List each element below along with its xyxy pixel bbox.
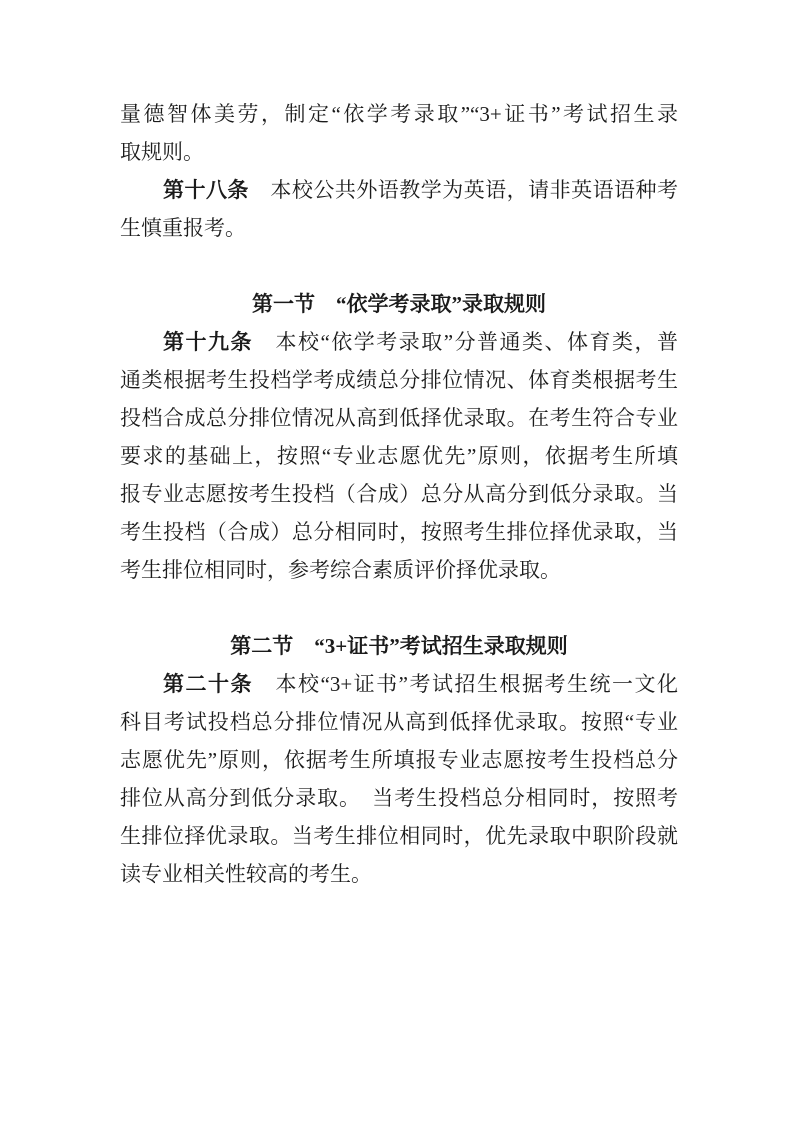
text-line: 考生投档（合成）总分相同时，按照考生排位择优录取，当 (120, 513, 678, 551)
text-line: 通类根据考生投档学考成绩总分排位情况、体育类根据考生 (120, 361, 678, 399)
text-line: 排位从高分到低分录取。 当考生投档总分相同时，按照考 (120, 779, 678, 817)
para-article-19: 第十九条 本校“依学考录取”分普通类、体育类，普通类根据考生投档学考成绩总分排位… (120, 323, 678, 589)
text-line: 读专业相关性较高的考生。 (120, 855, 678, 893)
article-number: 第十八条 (163, 178, 249, 202)
para-continuation: 量德智体美劳，制定“依学考录取”“3+证书”考试招生录取规则。 (120, 95, 678, 171)
text-line: 报专业志愿按考生投档（合成）总分从高分到低分录取。当 (120, 475, 678, 513)
article-number: 第二十条 (163, 672, 253, 696)
text-line: 生慎重报考。 (120, 209, 678, 247)
article-number: 第十九条 (163, 330, 253, 354)
text-line: 第十九条 本校“依学考录取”分普通类、体育类，普 (120, 323, 678, 361)
para-article-18: 第十八条 本校公共外语教学为英语，请非英语语种考生慎重报考。 (120, 171, 678, 247)
text-line: 量德智体美劳，制定“依学考录取”“3+证书”考试招生录 (120, 95, 678, 133)
text-line: 生排位择优录取。当考生排位相同时，优先录取中职阶段就 (120, 817, 678, 855)
heading-section-2: 第二节 “3+证书”考试招生录取规则 (120, 627, 678, 665)
text-line: 科目考试投档总分排位情况从高到低择优录取。按照“专业 (120, 703, 678, 741)
text-line: 志愿优先”原则，依据考生所填报专业志愿按考生投档总分 (120, 741, 678, 779)
para-article-20: 第二十条 本校“3+证书”考试招生根据考生统一文化科目考试投档总分排位情况从高到… (120, 665, 678, 893)
document-body: 量德智体美劳，制定“依学考录取”“3+证书”考试招生录取规则。第十八条 本校公共… (120, 95, 678, 893)
text-line: 考生排位相同时，参考综合素质评价择优录取。 (120, 551, 678, 589)
text-line: 要求的基础上，按照“专业志愿优先”原则，依据考生所填 (120, 437, 678, 475)
text-line: 投档合成总分排位情况从高到低择优录取。在考生符合专业 (120, 399, 678, 437)
text-line: 取规则。 (120, 133, 678, 171)
heading-section-1: 第一节 “依学考录取”录取规则 (120, 285, 678, 323)
text-line: 第二十条 本校“3+证书”考试招生根据考生统一文化 (120, 665, 678, 703)
text-line: 第十八条 本校公共外语教学为英语，请非英语语种考 (120, 171, 678, 209)
document-page: 量德智体美劳，制定“依学考录取”“3+证书”考试招生录取规则。第十八条 本校公共… (0, 0, 800, 1131)
